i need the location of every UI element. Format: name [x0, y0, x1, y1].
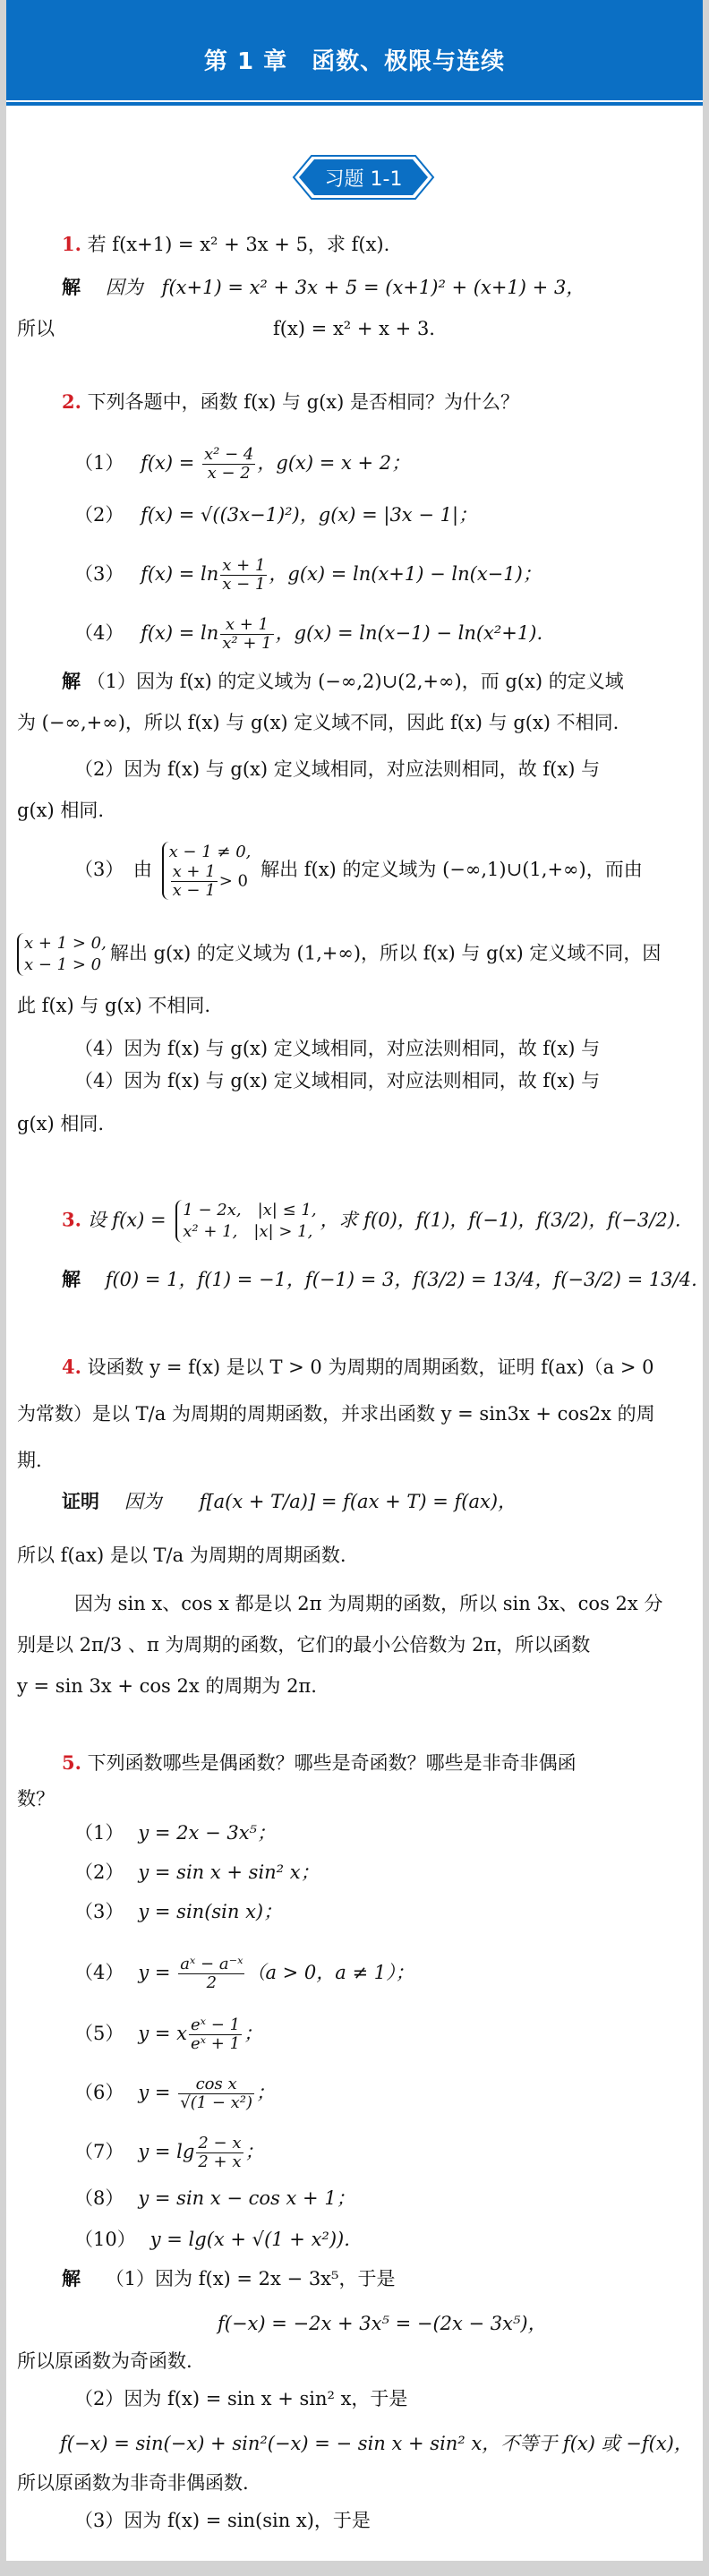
page: 第 1 章 函数、极限与连续 习题 1-1 1. 若 f(x+1) = x² +… [6, 0, 703, 2561]
problem-2-solution-2b: g(x) 相同. [17, 797, 104, 824]
problem-1-solution: 解 因为 f(x+1) = x² + 3x + 5 = (x+1)² + (x+… [62, 274, 585, 301]
problem-5-solution-1b: f(−x) = −2x + 3x⁵ = −(2x − 3x⁵)， [218, 2310, 547, 2337]
problem-4-proof-3: 因为 sin x、cos x 都是以 2π 为周期的函数，所以 sin 3x、c… [74, 1590, 662, 1617]
chapter-title: 第 1 章 函数、极限与连续 [6, 43, 703, 76]
problem-5-item-5: （5）y = xeˣ − 1eˣ + 1； [74, 2016, 262, 2053]
problem-3-solution: 解 f(0) = 1，f(1) = −1，f(−1) = 3，f(3/2) = … [62, 1266, 697, 1293]
problem-4-question-3: 期. [17, 1447, 42, 1474]
problem-1-conclusion-label: 所以 [17, 315, 55, 342]
problem-2-solution-1b: 为 (−∞,+∞)，所以 f(x) 与 g(x) 定义域不同，因此 f(x) 与… [17, 709, 619, 736]
problem-2-solution-4b: g(x) 相同. [17, 1110, 104, 1137]
solution-label: 解 [62, 277, 81, 298]
problem-2-solution-3a: （3） 由 x − 1 ≠ 0, x + 1x − 1> 0 解出 f(x) 的… [74, 842, 643, 900]
problem-4-question-1: 4. 设函数 y = f(x) 是以 T > 0 为周期的周期函数，证明 f(a… [62, 1354, 653, 1381]
problem-2-solution-1a: 解 （1）因为 f(x) 的定义域为 (−∞,2)∪(2,+∞)，而 g(x) … [62, 668, 624, 695]
problem-2-solution-4a-duplicate: （4）因为 f(x) 与 g(x) 定义域相同，对应法则相同，故 f(x) 与 [74, 1067, 600, 1094]
problem-5-solution-3a: （3）因为 f(x) = sin(sin x)，于是 [74, 2507, 371, 2534]
problem-2-item-3: （3） f(x) = lnx + 1x − 1，g(x) = ln(x+1) −… [74, 557, 542, 594]
problem-5-item-4: （4）y = aˣ − a⁻ˣ2（a > 0，a ≠ 1）； [74, 1956, 414, 1992]
problem-5-solution-1c: 所以原函数为奇函数. [17, 2348, 192, 2375]
problem-2-item-2: （2） f(x) = √((3x−1)²)，g(x) = |3x − 1|； [74, 501, 477, 528]
problem-2-item-4: （4） f(x) = lnx + 1x² + 1，g(x) = ln(x−1) … [74, 616, 542, 653]
problem-5-solution-2c: 所以原函数为非奇非偶函数. [17, 2469, 249, 2496]
problem-1-question: 1. 若 f(x+1) = x² + 3x + 5，求 f(x). [62, 231, 389, 258]
problem-2-item-1: （1） f(x) = x² − 4x − 2，g(x) = x + 2； [74, 446, 410, 483]
problem-5-solution-2a: （2）因为 f(x) = sin x + sin² x，于是 [74, 2385, 407, 2412]
condition-brace: x − 1 ≠ 0, x + 1x − 1> 0 [162, 842, 252, 900]
chapter-header: 第 1 章 函数、极限与连续 [6, 0, 703, 100]
problem-5-question-2: 数？ [17, 1785, 55, 1812]
problem-5-solution-2b: f(−x) = sin(−x) + sin²(−x) = − sin x + s… [60, 2430, 693, 2457]
problem-2-solution-3c: 此 f(x) 与 g(x) 不相同. [17, 992, 210, 1019]
problem-4-proof-1: 证明 因为 f[a(x + T/a)] = f(ax + T) = f(ax)， [62, 1488, 517, 1515]
problem-4-proof-5: y = sin 3x + cos 2x 的周期为 2π. [17, 1673, 317, 1699]
problem-2-solution-2a: （2）因为 f(x) 与 g(x) 定义域相同，对应法则相同，故 f(x) 与 [74, 756, 600, 783]
problem-4-question-2: 为常数）是以 T/a 为周期的周期函数，并求出函数 y = sin3x + co… [17, 1400, 655, 1427]
problem-4-proof-4: 别是以 2π/3 、π 为周期的函数，它们的最小公倍数为 2π，所以函数 [17, 1631, 590, 1658]
problem-5-item-1: （1）y = 2x − 3x⁵； [74, 1819, 276, 1846]
problem-3-question: 3. 设 f(x) = 1 − 2x, |x| ≤ 1, x² + 1, |x|… [62, 1200, 681, 1243]
problem-5-question-1: 5. 下列函数哪些是偶函数？哪些是奇函数？哪些是非奇非偶函 [62, 1750, 577, 1776]
header-divider [6, 102, 703, 106]
problem-5-solution-1a: 解 （1）因为 f(x) = 2x − 3x⁵，于是 [62, 2265, 395, 2292]
problem-5-item-10: （10）y = lg(x + √(1 + x²)). [74, 2226, 350, 2253]
exercise-badge-label: 习题 1-1 [292, 164, 435, 192]
exercise-badge: 习题 1-1 [292, 154, 435, 201]
problem-5-item-6: （6）y = cos x√(1 − x²)； [74, 2075, 275, 2112]
piecewise-brace: 1 − 2x, |x| ≤ 1, x² + 1, |x| > 1, [175, 1200, 316, 1243]
problem-5-item-7: （7）y = lg2 − x2 + x； [74, 2135, 264, 2171]
problem-1-result: f(x) = x² + x + 3. [273, 315, 435, 342]
problem-2-solution-4a: （4）因为 f(x) 与 g(x) 定义域相同，对应法则相同，故 f(x) 与 [74, 1035, 600, 1062]
condition-brace: x + 1 > 0, x − 1 > 0 [17, 933, 107, 976]
problem-5-item-3: （3）y = sin(sin x)； [74, 1898, 282, 1925]
problem-5-item-2: （2）y = sin x + sin² x； [74, 1859, 320, 1886]
problem-2-solution-3b: x + 1 > 0, x − 1 > 0 解出 g(x) 的定义域为 (1,+∞… [17, 933, 661, 976]
problem-4-proof-2: 所以 f(ax) 是以 T/a 为周期的周期函数. [17, 1542, 346, 1569]
problem-2-question: 2. 下列各题中，函数 f(x) 与 g(x) 是否相同？为什么？ [62, 389, 519, 415]
problem-5-item-8: （8）y = sin x − cos x + 1； [74, 2185, 355, 2212]
problem-number: 1. [62, 233, 81, 255]
